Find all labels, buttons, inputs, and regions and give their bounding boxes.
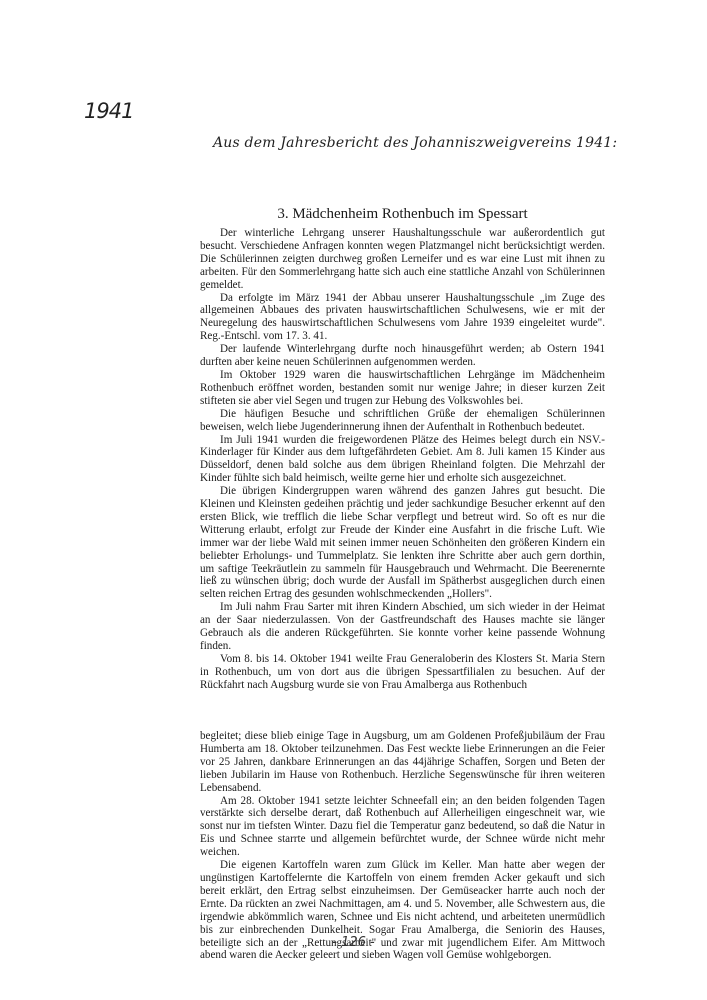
paragraph: Die übrigen Kindergruppen waren während … — [200, 485, 605, 601]
article-upper-block: 3. Mädchenheim Rothenbuch im Spessart De… — [200, 205, 605, 692]
paragraph: Da erfolgte im März 1941 der Abbau unser… — [200, 292, 605, 344]
paragraph: Der winterliche Lehrgang unserer Haushal… — [200, 227, 605, 292]
paragraph: Der laufende Winterlehrgang durfte noch … — [200, 343, 605, 369]
paragraph: Vom 8. bis 14. Oktober 1941 weilte Frau … — [200, 653, 605, 692]
paragraph: Am 28. Oktober 1941 setzte leichter Schn… — [200, 795, 605, 860]
paragraph: Im Juli nahm Frau Sarter mit ihren Kinde… — [200, 601, 605, 653]
paragraph: begleitet; diese blieb einige Tage in Au… — [200, 730, 605, 795]
paragraph: Im Juli 1941 wurden die freigewordenen P… — [200, 434, 605, 486]
handwritten-subtitle: Aus dem Jahresbericht des Johanniszweigv… — [213, 135, 617, 151]
paragraph: Die häufigen Besuche und schriftlichen G… — [200, 408, 605, 434]
article-lower-block: begleitet; diese blieb einige Tage in Au… — [200, 730, 605, 962]
handwritten-year: 1941 — [84, 99, 133, 123]
paragraph: Im Oktober 1929 waren die hauswirtschaft… — [200, 369, 605, 408]
page-number: - 126 - — [0, 935, 707, 950]
article-heading: 3. Mädchenheim Rothenbuch im Spessart — [200, 205, 605, 223]
